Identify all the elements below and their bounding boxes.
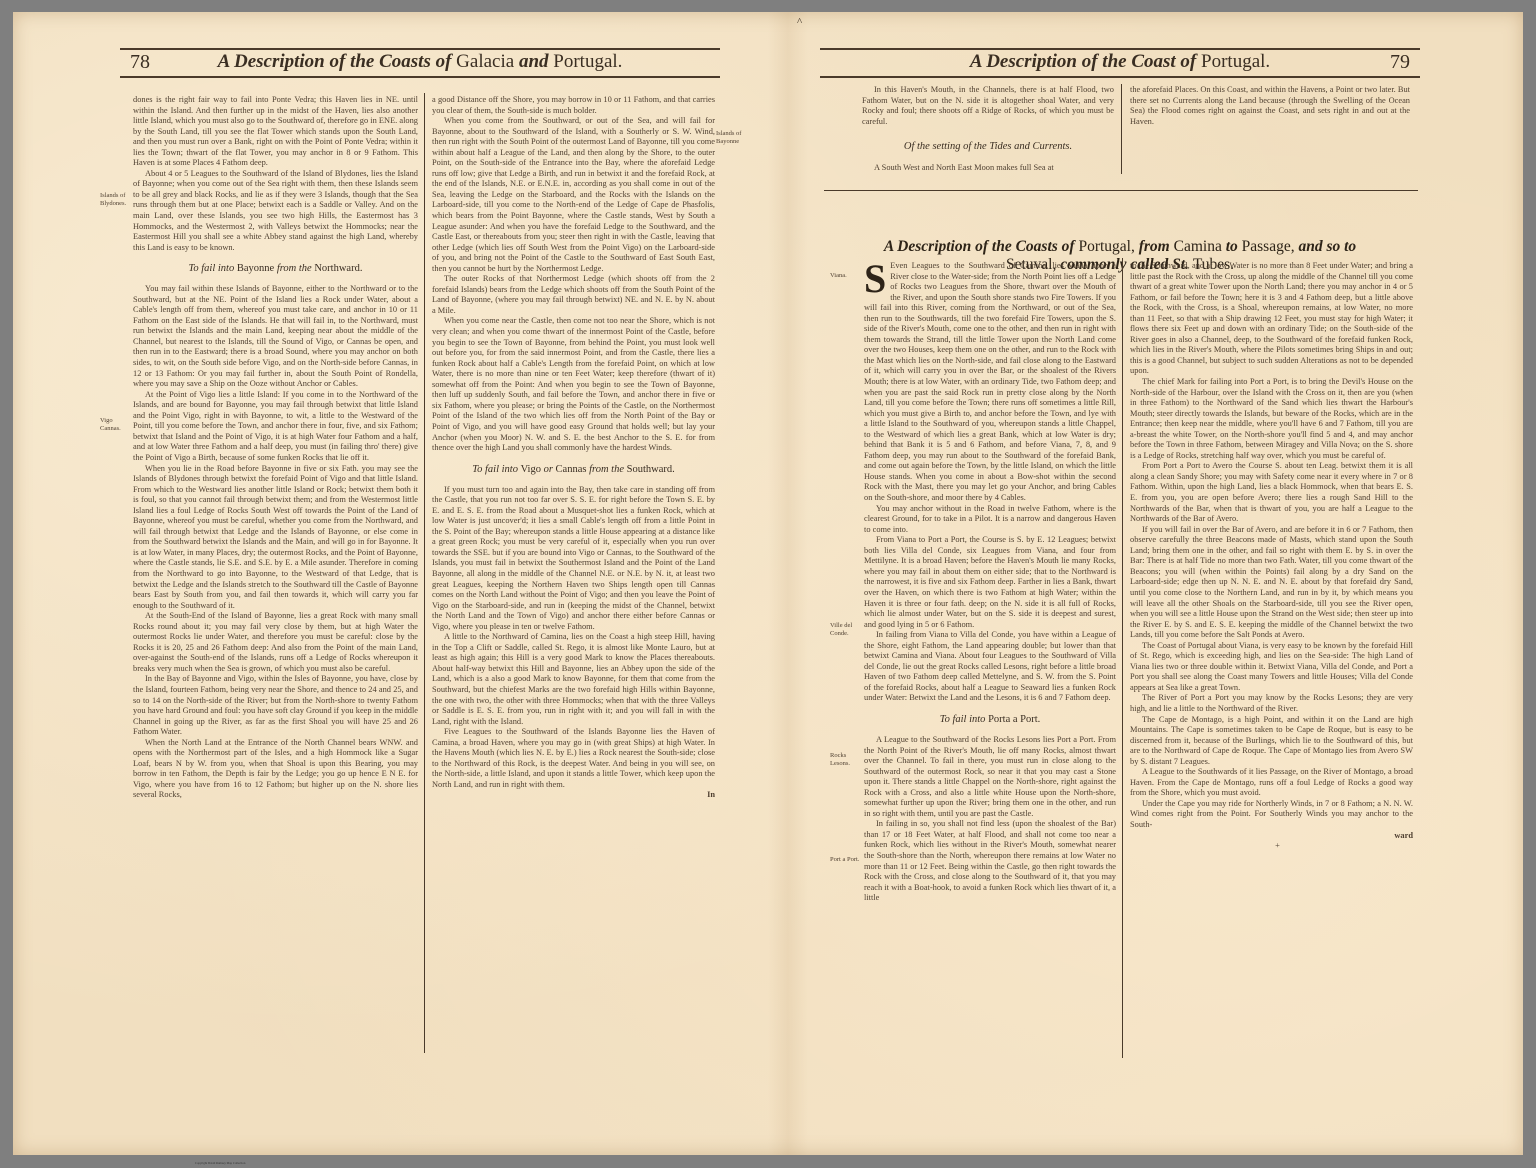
paragraph: When you lie in the Road before Bayonne … [133,464,418,612]
catchword: ward [1130,831,1413,842]
paragraph: a good Distance off the Shore, you may b… [432,95,715,116]
paragraph: You may anchor without in the Road in tw… [864,504,1116,536]
paragraph: At the Point of Vigo lies a little Islan… [133,390,418,464]
paragraph: You may fail within these Islands of Bay… [133,284,418,389]
subhead-part: Northward. [314,263,362,274]
section-divider [824,190,1418,191]
right-top-column-1: In this Haven's Mouth, in the Channels, … [862,85,1114,174]
right-column-rule [1122,258,1123,1058]
left-running-head: 78 A Description of the Coasts of Galaci… [120,48,720,78]
title-part: to [1226,238,1238,255]
left-running-title: A Description of the Coasts of Galacia a… [120,51,720,73]
paragraph: When you come from the Southward, or out… [432,116,715,274]
paragraph: When the North Land at the Entrance of t… [133,738,418,801]
paragraph: The Coast of Portugal about Viana, is ve… [1130,641,1413,694]
subheading-vigo-cannas: To fail into Vigo or Cannas from the Sou… [432,464,715,476]
subhead-part: Porta a Port. [988,714,1040,725]
paragraph: A little to the Northward of Camina, lie… [432,632,715,727]
paragraph: The chief Mark for failing into Port a P… [1130,377,1413,461]
running-title-italic: A Description of the Coasts of [218,51,452,72]
right-column-1: S Even Leagues to the Southward of Camin… [864,261,1116,904]
subhead-part: Cannas [556,464,587,475]
paragraph: About 4 or 5 Leagues to the Southward of… [133,169,418,253]
margin-note-vigo-cannas: Vigo Cannas. [100,417,132,433]
margin-note-rocks-lesons: Rocks Lesons. [830,752,860,768]
paragraph: to the Southward, and at low Water is no… [1130,261,1413,377]
running-title-italic: A Description of the Coast of [970,51,1196,72]
drop-cap: S [864,262,886,296]
subhead-part: To fail into [472,464,518,475]
paragraph: In failing from Viana to Villa del Conde… [864,630,1116,704]
paragraph: A League to the Southward of the Rocks L… [864,735,1116,819]
right-top-column-rule [1121,84,1122,174]
left-column-1: dones is the right fair way to fail into… [133,95,418,801]
subheading-bayonne-northward: To fail into Bayonne from the Northward. [133,263,418,275]
paragraph: In failing in so, you shall not find les… [864,819,1116,903]
paragraph: Under the Cape you may ride for Northerl… [1130,799,1413,831]
title-part: Portugal, [1078,238,1134,255]
title-part: Passage, [1242,238,1295,255]
paragraph: Even Leagues to the Southward of Camina,… [864,261,1116,504]
right-running-title: A Description of the Coast of Portugal. [820,51,1420,73]
right-column-2: to the Southward, and at low Water is no… [1130,261,1413,852]
paragraph: dones is the right fair way to fail into… [133,95,418,169]
margin-note-port-a-port: Port a Port. [830,856,860,864]
subhead-part: or [544,464,553,475]
left-column-rule [424,93,425,1053]
paragraph: In the Bay of Bayonne and Vigo, within t… [133,674,418,737]
title-part: Camina [1174,238,1222,255]
subheading-tides-currents: Of the setting of the Tides and Currents… [862,141,1114,153]
right-page-number: 79 [1390,51,1410,74]
paragraph: From Viana to Port a Port, the Course is… [864,535,1116,630]
paragraph: In this Haven's Mouth, in the Channels, … [862,85,1114,127]
book-gutter [768,12,808,1155]
paragraph: A South West and North East Moon makes f… [862,163,1114,174]
subhead-part: from the [589,464,624,475]
paragraph: A League to the Southwards of it lies Pa… [1130,767,1413,799]
right-top-column-2: the aforefaid Places. On this Coast, and… [1130,85,1410,127]
signature-mark: + [1130,841,1413,852]
top-mark: ^ [797,16,802,28]
subhead-part: To fail into [940,714,986,725]
running-title-place: Galacia [456,51,514,72]
paragraph: The outer Rocks of that Northermost Ledg… [432,274,715,316]
title-part: from [1139,238,1170,255]
margin-note-villa-del-conde: Ville del Conde. [830,622,860,638]
paragraph: The River of Port a Port you may know by… [1130,693,1413,714]
paragraph: Five Leagues to the Southward of the Isl… [432,727,715,790]
subhead-part: Southward. [627,464,675,475]
subhead-part: Vigo [521,464,541,475]
paragraph: At the South-End of the Island of Bayonn… [133,611,418,674]
paragraph: When you come near the Castle, then come… [432,316,715,453]
subhead-part: To fail into [189,263,235,274]
left-column-2: a good Distance off the Shore, you may b… [432,95,715,801]
margin-note-blydones: Islands of Blydones. [100,192,136,208]
paragraph: If you must turn too and again into the … [432,485,715,633]
footer-credit: Copyright David Rumsey Map Collection [195,1161,245,1165]
margin-note-bayonne: Islands of Bayonne [716,130,750,146]
paragraph: From Port a Port to Avero the Course S. … [1130,461,1413,524]
running-title-and: and [519,51,549,72]
margin-note-viana: Viana. [830,272,860,280]
right-running-head: A Description of the Coast of Portugal. … [820,48,1420,78]
paragraph: the aforefaid Places. On this Coast, and… [1130,85,1410,127]
title-part: and so to [1298,238,1356,255]
paragraph: The Cape de Montago, is a high Point, an… [1130,715,1413,768]
subhead-part: Bayonne [237,263,274,274]
running-title-place: Portugal. [1201,51,1270,72]
subhead-part: from the [277,263,312,274]
catchword: In [432,790,715,801]
subheading-porta-a-port: To fail into Porta a Port. [864,714,1116,726]
paragraph: If you will fail in over the Bar of Aver… [1130,525,1413,641]
section-title-line-1: A Description of the Coasts of Portugal,… [820,238,1420,256]
title-part: A Description of the Coasts of [884,238,1075,255]
running-title-place2: Portugal. [553,51,622,72]
